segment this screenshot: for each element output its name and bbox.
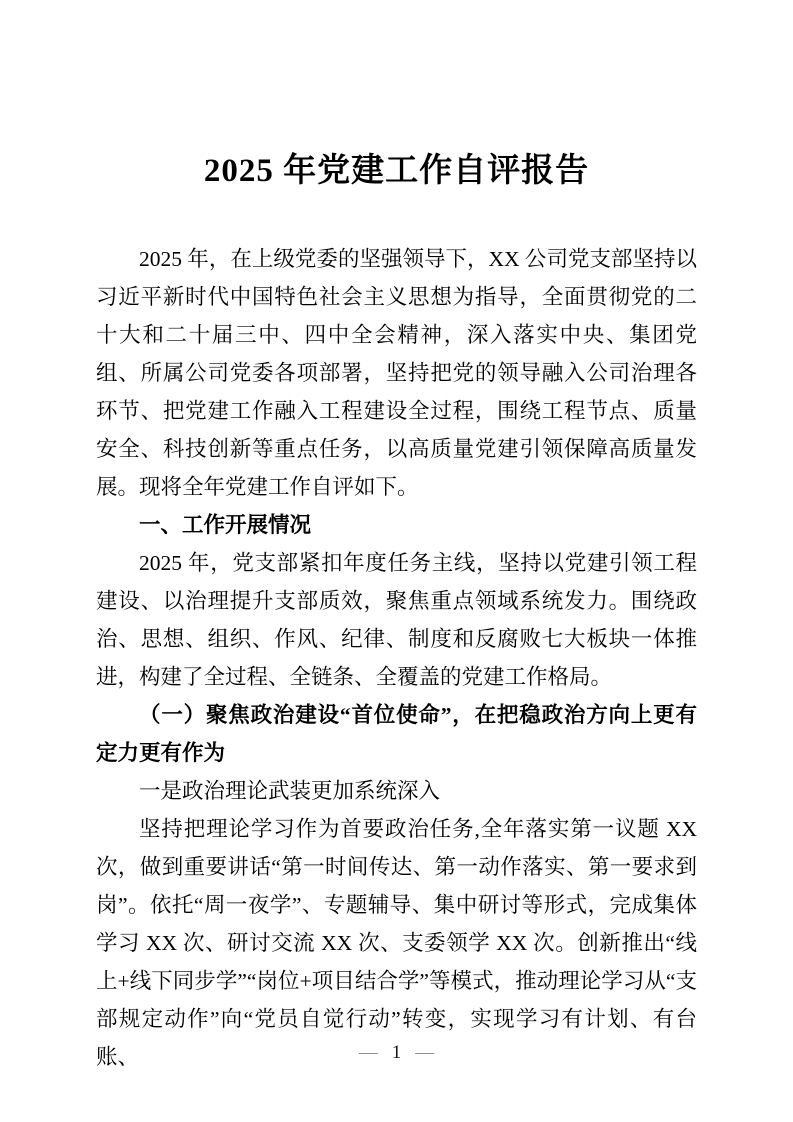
section-heading-work-progress: 一、工作开展情况 (96, 506, 697, 544)
document-title: 2025 年党建工作自评报告 (96, 150, 697, 192)
page-number: 1 (392, 1042, 402, 1063)
document-content: 2025 年党建工作自评报告 2025 年，在上级党委的坚强领导下，XX 公司党… (96, 0, 697, 1076)
footer-dash-left: — (359, 1042, 378, 1063)
subpoint-heading-theory-armament: 一是政治理论武装更加系统深入 (96, 772, 697, 810)
subsection-heading-political-building: （一）聚焦政治建设“首位使命”，在把稳政治方向上更有定力更有作为 (96, 696, 697, 772)
paragraph-intro: 2025 年，在上级党委的坚强领导下，XX 公司党支部坚持以习近平新时代中国特色… (96, 240, 697, 506)
paragraph-overview: 2025 年，党支部紧扣年度任务主线，坚持以党建引领工程建设、以治理提升支部质效… (96, 544, 697, 696)
page-footer: —1— (0, 1042, 793, 1064)
paragraph-theory-study: 坚持把理论学习作为首要政治任务,全年落实第一议题 XX 次，做到重要讲话“第一时… (96, 810, 697, 1076)
footer-dash-right: — (415, 1042, 434, 1063)
document-page: 2025 年党建工作自评报告 2025 年，在上级党委的坚强领导下，XX 公司党… (0, 0, 793, 1122)
